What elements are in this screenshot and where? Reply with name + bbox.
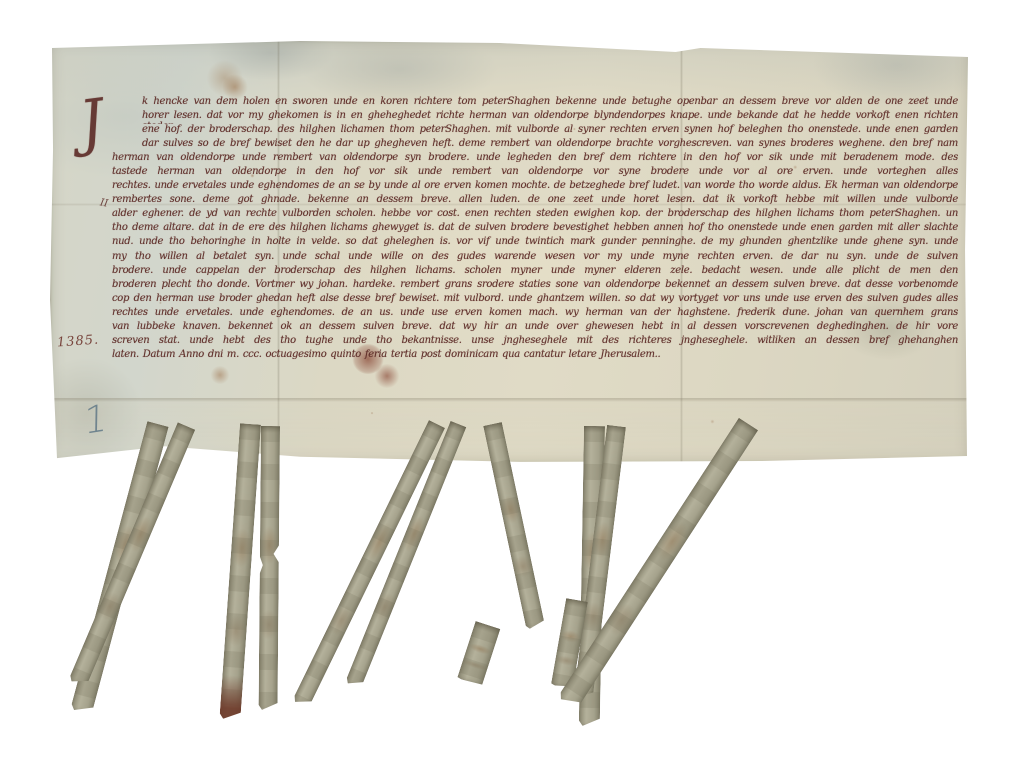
text-line: van lubbeke knaven. bekennet ok an desse… (112, 321, 958, 335)
seal-tail (68, 422, 195, 687)
seal-tail-fragment (457, 621, 500, 686)
charter-parchment: J k hencke van dem holen en sworen unde … (50, 40, 970, 464)
seal-tail (345, 421, 466, 689)
text-line: herman van oldendorpe unde rembert van o… (112, 152, 958, 166)
text-line: dar sulves so de bref bewiset den he dar… (112, 138, 958, 152)
text-line: tastede herman van oldendorpe in den hof… (112, 166, 958, 180)
text-line: nud. unde tho behoringhe in holte in vel… (112, 236, 958, 250)
text-line: my tho willen al betalet syn. unde schal… (112, 251, 958, 265)
text-line: k hencke van dem holen en sworen unde en… (112, 96, 958, 110)
seal-tail (219, 423, 261, 720)
archival-number-pencil: 1 (84, 396, 108, 443)
seal-tail (259, 426, 280, 710)
text-line: brodere. unde cappelan der broderschap d… (112, 265, 958, 279)
text-line: rechtes. unde ervetales unde eghendomes … (112, 180, 958, 194)
text-line: rechtes unde ervetales. unde eghendomes.… (112, 307, 958, 321)
photo-canvas: J k hencke van dem holen en sworen unde … (0, 0, 1024, 759)
text-line: rembertes sone. deme got ghnade. bekenne… (112, 194, 958, 208)
text-line: broderen plecht tho donde. Vortmer wy jo… (112, 279, 958, 293)
text-line-dating-clause: laten. Datum Anno dni m. ccc. octuagesim… (112, 349, 958, 363)
text-line: horer lesen. dat vor my ghekomen is in e… (112, 110, 958, 124)
manuscript-text: k hencke van dem holen en sworen unde en… (112, 96, 958, 363)
stain (374, 364, 400, 388)
archival-year-note: 1385. (57, 333, 100, 351)
text-line: cop den herman use broder ghedan heft al… (112, 293, 958, 307)
decorated-initial: J (76, 85, 108, 159)
text-line: ene hof. der broderschap. des hilghen li… (112, 124, 958, 138)
margin-mark: II (99, 197, 109, 209)
text-line: alder eghener. de yd van rechte vulborde… (112, 208, 958, 222)
text-line: screven stat. unde hebt des tho tughe un… (112, 335, 958, 349)
text-line: tho deme altare. dat in de ere des hilgh… (112, 222, 958, 236)
stain (210, 366, 230, 384)
